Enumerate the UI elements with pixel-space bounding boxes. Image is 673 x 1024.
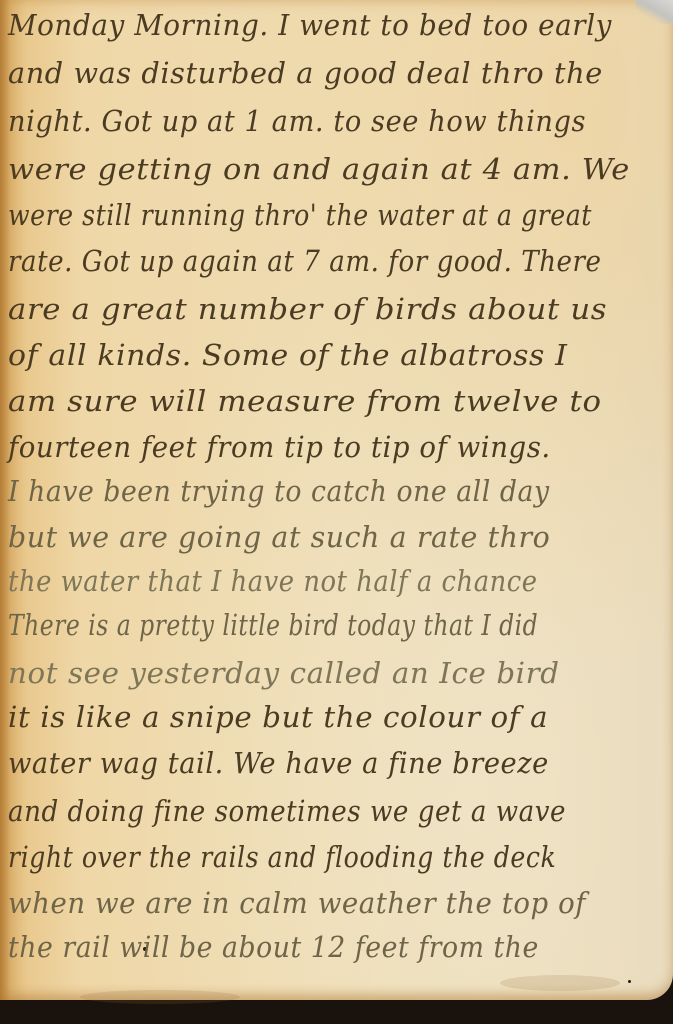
paper-stain: [80, 990, 240, 1004]
text-line: night. Got up at 1 am. to see how things: [8, 104, 586, 138]
text-line: it is like a snipe but the colour of a: [8, 700, 548, 734]
text-line: not see yesterday called an Ice bird: [8, 656, 560, 690]
text-line: of all kinds. Some of the albatross I: [8, 338, 568, 372]
text-line: but we are going at such a rate thro: [8, 520, 550, 554]
diary-page: Monday Morning. I went to bed too early …: [0, 0, 673, 1000]
text-line: were still running thro' the water at a …: [8, 198, 592, 232]
text-line: were getting on and again at 4 am. We: [8, 152, 630, 186]
text-line: right over the rails and flooding the de…: [8, 840, 556, 874]
text-line: rate. Got up again at 7 am. for good. Th…: [8, 244, 602, 278]
text-line: and doing fine sometimes we get a wave: [8, 794, 566, 828]
text-line: and was disturbed a good deal thro the: [8, 56, 603, 90]
text-line: I have been trying to catch one all day: [8, 474, 550, 508]
text-line: Monday Morning. I went to bed too early: [8, 8, 612, 42]
text-line: the rail will be about 12 feet from the: [8, 930, 539, 964]
paper-stain: [500, 975, 620, 991]
text-line: am sure will measure from twelve to: [8, 384, 602, 418]
text-line: fourteen feet from tip to tip of wings.: [8, 430, 551, 464]
text-line: There is a pretty little bird today that…: [8, 608, 538, 642]
page-corner-curl: [635, 0, 673, 24]
text-line: when we are in calm weather the top of: [8, 886, 586, 920]
text-line: water wag tail. We have a fine breeze: [8, 746, 549, 780]
text-line: are a great number of birds about us: [8, 292, 607, 326]
text-line: the water that I have not half a chance: [8, 564, 538, 598]
ink-spot: [628, 980, 631, 983]
